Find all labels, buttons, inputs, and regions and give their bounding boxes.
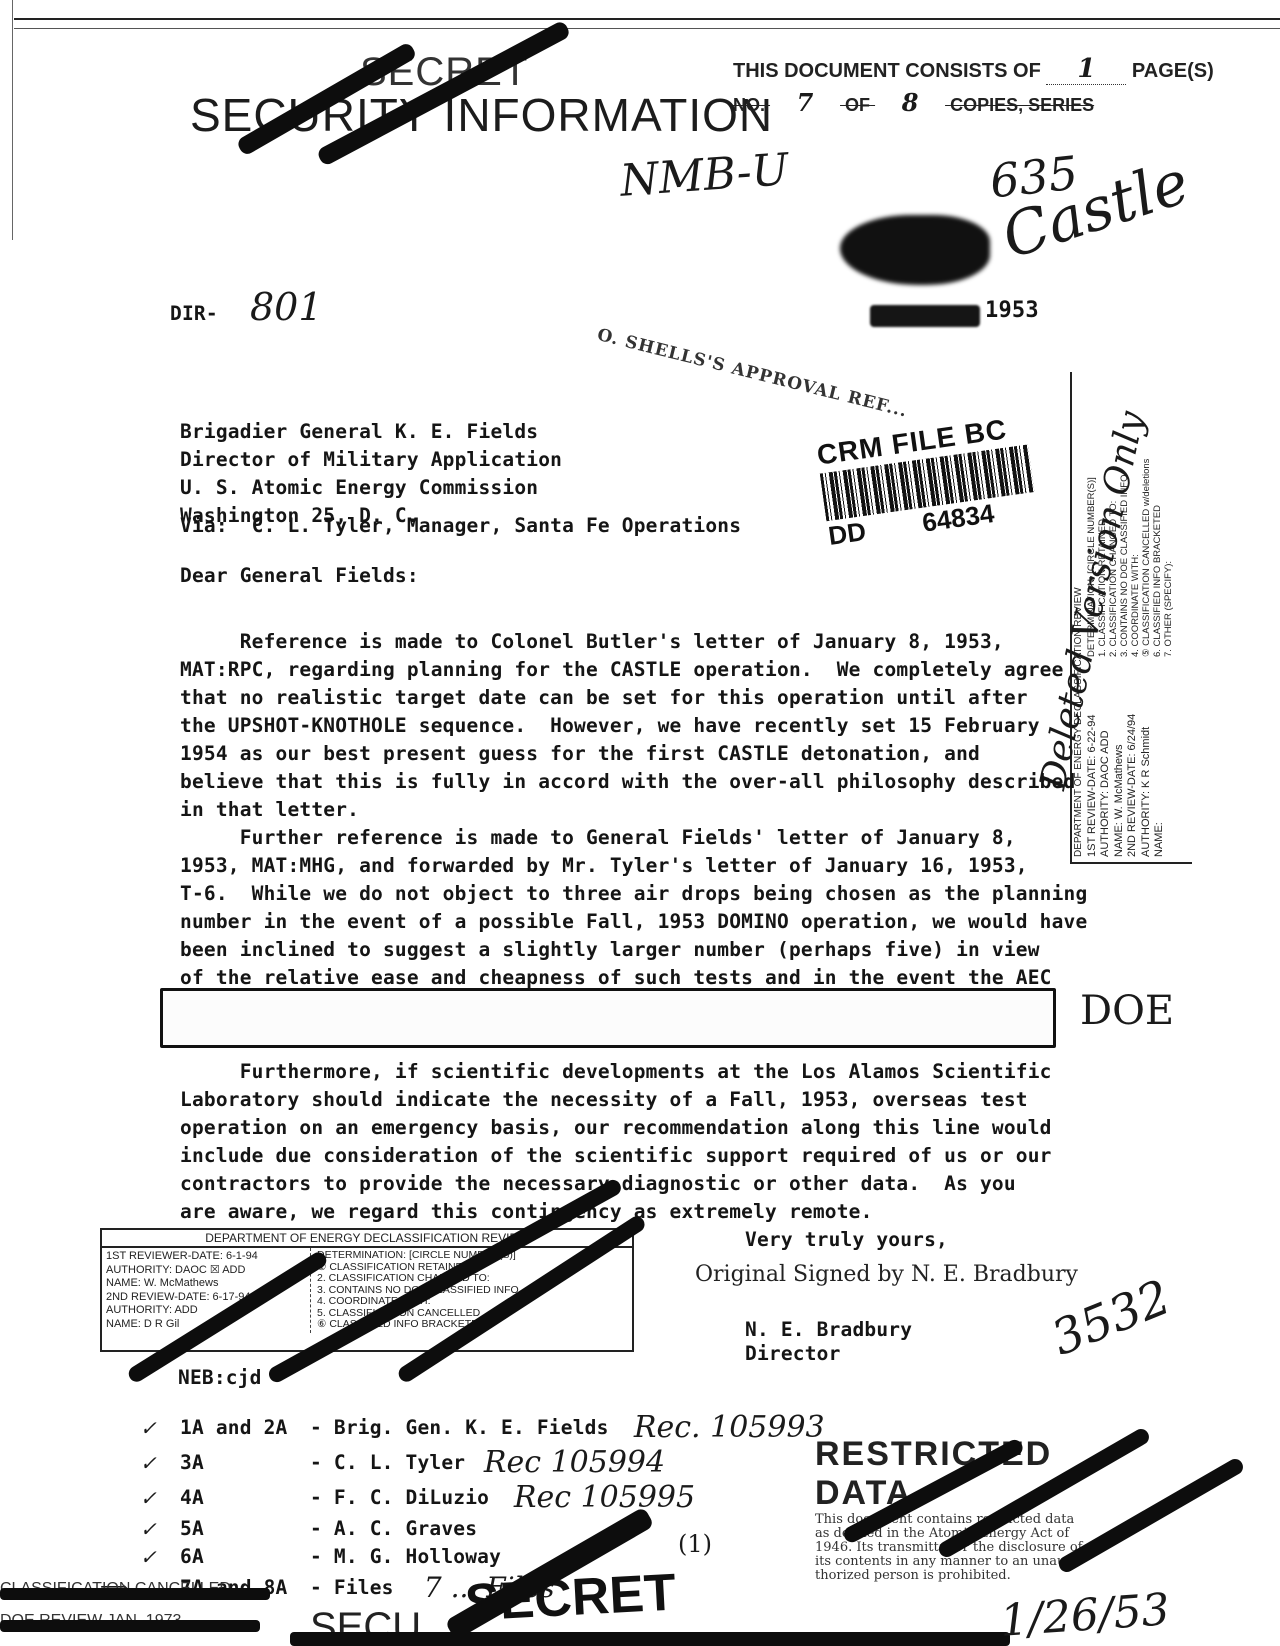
doc-pages-suffix: PAGE(S) — [1132, 60, 1214, 82]
body-line: operation on an emergency basis, our rec… — [180, 1114, 1052, 1142]
side-review-left-line: AUTHORITY: K R Schmidt — [1140, 657, 1154, 857]
review-left-line: AUTHORITY: ADD — [106, 1304, 306, 1318]
left-edge — [12, 0, 13, 240]
body-line: 1954 as our best present guess for the f… — [180, 740, 1076, 768]
distribution-row: ✓ 5A - A. C. Graves — [140, 1515, 825, 1543]
salutation: Dear General Fields: — [180, 562, 419, 590]
original-signed: Original Signed by N. E. Bradbury — [695, 1262, 1078, 1287]
body-line: number in the event of a possible Fall, … — [180, 908, 1087, 936]
crm-file-stamp: CRM FILE BC DD 64834 — [815, 411, 1039, 552]
dist-note: Rec 105995 — [514, 1480, 695, 1515]
barcode-prefix: DD — [826, 516, 867, 551]
redacted-box — [160, 988, 1056, 1048]
side-review-right-line: 6. CLASSIFIED INFO BRACKETED — [1152, 377, 1163, 657]
copy-of-value: 8 — [875, 88, 945, 117]
dist-recipient: F. C. DiLuzio — [334, 1484, 514, 1512]
addressee-line: U. S. Atomic Energy Commission — [180, 474, 562, 502]
restricted-text-line: thorized person is prohibited. — [815, 1569, 1145, 1583]
body-line: been inclined to suggest a slightly larg… — [180, 936, 1087, 964]
body-line: Furthermore, if scientific developments … — [180, 1058, 1052, 1086]
side-review-left-line: AUTHORITY: DAOC ADD — [1099, 657, 1113, 857]
redacted-date — [870, 305, 980, 327]
body-paragraph-3: Furthermore, if scientific developments … — [180, 1058, 1052, 1226]
dist-dash: - — [310, 1449, 334, 1477]
distribution-row: ✓ 1A and 2A - Brig. Gen. K. E. Fields Re… — [140, 1410, 825, 1445]
handwritten-nmb: NMB-U — [618, 144, 790, 207]
body-line: in that letter. — [180, 796, 1076, 824]
strike-mark — [0, 1588, 270, 1600]
addressee-line: Brigadier General K. E. Fields — [180, 418, 562, 446]
dist-copies: 6A — [180, 1543, 310, 1571]
dist-recipient: M. G. Holloway — [334, 1543, 501, 1571]
body-line: 1953, MAT:MHG, and forwarded by Mr. Tyle… — [180, 852, 1087, 880]
typist-initials: NEB:cjd — [178, 1364, 262, 1392]
distribution-row: ✓ 6A - M. G. Holloway — [140, 1543, 825, 1571]
review-left-line: AUTHORITY: DAOC ☒ ADD — [106, 1264, 306, 1278]
handwritten-date: 1/26/53 — [998, 1584, 1171, 1646]
dist-dash: - — [310, 1484, 334, 1512]
redaction-blot — [840, 215, 990, 285]
body-paragraph-2: Further reference is made to General Fie… — [180, 824, 1087, 992]
body-line: that no realistic target date can be set… — [180, 684, 1076, 712]
body-line: Reference is made to Colonel Butler's le… — [180, 628, 1076, 656]
approval-stamp: O. SHELLS'S APPROVAL REF... — [595, 325, 909, 422]
body-line: Laboratory should indicate the necessity… — [180, 1086, 1052, 1114]
dist-dash: - — [310, 1574, 334, 1602]
distribution-row: ✓ 4A - F. C. DiLuzio Rec 105995 — [140, 1480, 825, 1515]
side-review-left-line: 2ND REVIEW-DATE: 6/24/94 — [1126, 657, 1140, 857]
dist-recipient: Files — [334, 1574, 424, 1602]
review-left-line: 1ST REVIEWER-DATE: 6-1-94 — [106, 1250, 306, 1264]
check-mark-icon: ✓ — [140, 1416, 180, 1440]
via-line: Via: C. L. Tyler, Manager, Santa Fe Oper… — [180, 512, 741, 540]
dist-copies: 4A — [180, 1484, 310, 1512]
dist-dash: - — [310, 1515, 334, 1543]
dist-note: Rec 105994 — [484, 1445, 665, 1480]
dist-copies: 3A — [180, 1449, 310, 1477]
doc-pages-value: 1 — [1046, 54, 1126, 85]
restricted-text-line: its contents in any manner to an unau- — [815, 1555, 1145, 1569]
distribution-row: ✓ 3A - C. L. Tyler Rec 105994 — [140, 1445, 825, 1480]
review-right-line: 2. CLASSIFICATION CHANGED TO: — [317, 1273, 519, 1285]
body-line: are aware, we regard this contingency as… — [180, 1198, 1052, 1226]
dist-dash: - — [310, 1543, 334, 1571]
strike-mark — [290, 1632, 1010, 1646]
copy-of-label: OF — [845, 95, 870, 115]
check-mark-icon: ✓ — [140, 1451, 180, 1475]
copy-number-line: NO. 7 OF 8 COPIES, SERIES — [733, 88, 1094, 117]
date-year: 1953 — [985, 297, 1039, 325]
body-line: the UPSHOT-KNOTHOLE sequence. However, w… — [180, 712, 1076, 740]
dist-copies: 1A and 2A — [180, 1414, 310, 1442]
check-mark-icon: ✓ — [140, 1517, 180, 1541]
doc-consists-line: THIS DOCUMENT CONSISTS OF 1 PAGE(S) — [733, 54, 1214, 85]
doc-consists-label: THIS DOCUMENT CONSISTS OF — [733, 60, 1041, 82]
body-line: include due consideration of the scienti… — [180, 1142, 1052, 1170]
dist-note: Rec. 105993 — [634, 1410, 825, 1445]
dir-prefix: DIR- — [170, 300, 218, 328]
body-line: T-6. While we do not object to three air… — [180, 880, 1087, 908]
handwritten-page-mark: (1) — [678, 1530, 712, 1558]
check-mark-icon: ✓ — [140, 1486, 180, 1510]
copy-no-label: NO. — [733, 95, 765, 115]
dist-copies: 5A — [180, 1515, 310, 1543]
addressee-line: Director of Military Application — [180, 446, 562, 474]
body-line: Further reference is made to General Fie… — [180, 824, 1087, 852]
side-review-left-line: NAME: W. McMathews — [1113, 657, 1127, 857]
body-paragraph-1: Reference is made to Colonel Butler's le… — [180, 628, 1076, 824]
doe-review-bottom-box: DEPARTMENT OF ENERGY DECLASSIFICATION RE… — [100, 1228, 634, 1352]
copies-series-label: COPIES, SERIES — [950, 95, 1094, 115]
copy-no-value: 7 — [770, 88, 840, 117]
dist-recipient: Brig. Gen. K. E. Fields — [334, 1414, 634, 1442]
strike-mark — [0, 1620, 260, 1632]
side-review-right-line: 7. OTHER (SPECIFY): — [1163, 377, 1174, 657]
body-line: MAT:RPC, regarding planning for the CAST… — [180, 656, 1076, 684]
signer-title: Director — [745, 1340, 841, 1368]
valediction: Very truly yours, — [745, 1226, 948, 1254]
review-title: DEPARTMENT OF ENERGY DECLASSIFICATION RE… — [102, 1230, 632, 1248]
dist-recipient: A. C. Graves — [334, 1515, 477, 1543]
dir-number: 801 — [250, 285, 323, 329]
body-line: believe that this is fully in accord wit… — [180, 768, 1076, 796]
top-rule-2 — [14, 28, 1280, 29]
side-review-left-line: NAME: — [1153, 657, 1167, 857]
top-rule — [14, 18, 1280, 20]
handwritten-doe: DOE — [1080, 988, 1174, 1034]
check-mark-icon: ✓ — [140, 1545, 180, 1569]
dist-dash: - — [310, 1414, 334, 1442]
dist-recipient: C. L. Tyler — [334, 1449, 484, 1477]
